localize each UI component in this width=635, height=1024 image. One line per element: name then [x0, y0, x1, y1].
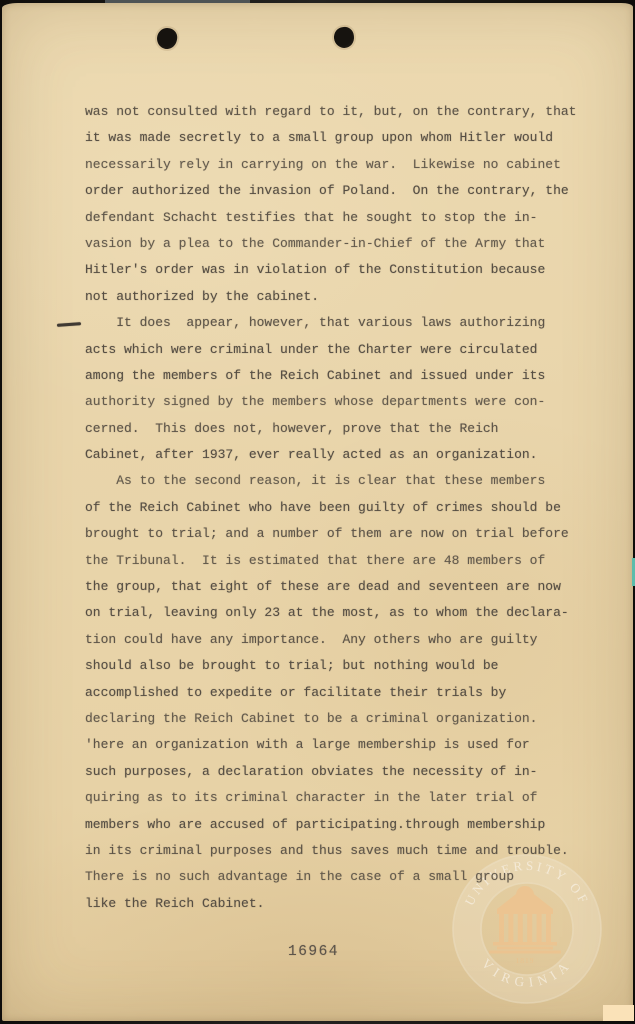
- text-line: acts which were criminal under the Chart…: [85, 337, 576, 363]
- text-line: on trial, leaving only 23 at the most, a…: [85, 600, 576, 626]
- scanned-document-page: UNIVERSITY OF VIRGINIA 1819 was not cons…: [0, 0, 635, 1024]
- text-line: necessarily rely in carrying on the war.…: [85, 152, 576, 178]
- text-line: among the members of the Reich Cabinet a…: [85, 363, 576, 389]
- text-line: order authorized the invasion of Poland.…: [85, 178, 576, 204]
- text-line: it was made secretly to a small group up…: [85, 125, 576, 151]
- text-line: authority signed by the members whose de…: [85, 389, 576, 415]
- text-line: cerned. This does not, however, prove th…: [85, 416, 576, 442]
- text-line: It does appear, however, that various la…: [85, 310, 576, 336]
- corner-repair-patch: [603, 1005, 634, 1021]
- text-line: such purposes, a declaration obviates th…: [85, 759, 576, 785]
- text-line: the Tribunal. It is estimated that there…: [85, 548, 576, 574]
- page-number: 16964: [288, 944, 339, 960]
- text-line: Cabinet, after 1937, ever really acted a…: [85, 442, 576, 468]
- text-line: quiring as to its criminal character in …: [85, 785, 576, 811]
- text-line: As to the second reason, it is clear tha…: [85, 468, 576, 494]
- text-line: members who are accused of participating…: [85, 812, 576, 838]
- text-line: 'here an organization with a large membe…: [85, 732, 576, 758]
- typed-text: was not consulted with regard to it, but…: [85, 99, 576, 917]
- text-line: tion could have any importance. Any othe…: [85, 627, 576, 653]
- text-line: declaring the Reich Cabinet to be a crim…: [85, 706, 576, 732]
- text-line: not authorized by the cabinet.: [85, 284, 576, 310]
- text-line: was not consulted with regard to it, but…: [85, 99, 576, 125]
- text-line: defendant Schacht testifies that he soug…: [85, 205, 576, 231]
- text-line: the group, that eight of these are dead …: [85, 574, 576, 600]
- text-line: accomplished to expedite or facilitate t…: [85, 680, 576, 706]
- text-line: Hitler's order was in violation of the C…: [85, 257, 576, 283]
- text-line: like the Reich Cabinet.: [85, 891, 576, 917]
- text-line: in its criminal purposes and thus saves …: [85, 838, 576, 864]
- text-line: should also be brought to trial; but not…: [85, 653, 576, 679]
- text-line: vasion by a plea to the Commander-in-Chi…: [85, 231, 576, 257]
- text-line: There is no such advantage in the case o…: [85, 864, 576, 890]
- text-line: of the Reich Cabinet who have been guilt…: [85, 495, 576, 521]
- text-line: brought to trial; and a number of them a…: [85, 521, 576, 547]
- seal-year: 1819: [516, 956, 535, 965]
